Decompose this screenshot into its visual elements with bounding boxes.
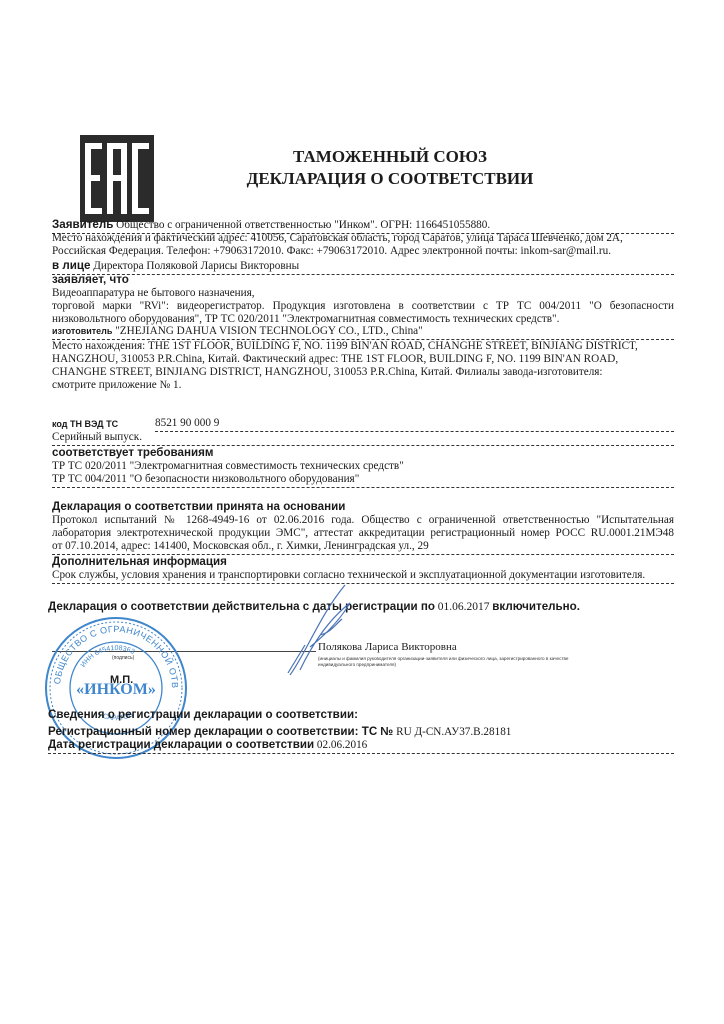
- represented-by: Директора Поляковой Ларисы Викторовны: [93, 260, 299, 272]
- represented-row: в лице Директора Поляковой Ларисы Виктор…: [52, 259, 674, 275]
- manufacturer-name: "ZHEJIANG DAHUA VISION TECHNOLOGY CO., L…: [115, 325, 422, 337]
- represented-label: в лице: [52, 259, 90, 272]
- registration-date-label: Дата регистрации декларации о соответств…: [48, 738, 314, 751]
- applicant-label: Заявитель: [52, 218, 113, 231]
- registration-number-label: Регистрационный номер декларации о соотв…: [48, 725, 393, 738]
- complies-label: соответствует требованиям: [52, 446, 213, 460]
- basis-line-3: от 07.10.2014, адрес: 141400, Московская…: [52, 540, 674, 555]
- declares-label: заявляет, что: [52, 273, 129, 287]
- document-title: ТАМОЖЕННЫЙ СОЮЗ ДЕКЛАРАЦИЯ О СООТВЕТСТВИ…: [160, 146, 620, 190]
- svg-text:ИНН 6454108363: ИНН 6454108363: [80, 645, 136, 669]
- validity-date: 01.06.2017: [438, 601, 490, 613]
- code-label: код ТН ВЭД ТС: [52, 418, 118, 432]
- basis-line-2: лаборатория электротехнической продукции…: [52, 527, 674, 541]
- manufacturer-address-4: смотрите приложение № 1.: [52, 379, 181, 393]
- manufacturer-address-1: Место нахождения: THE 1ST FLOOR, BUILDIN…: [52, 340, 638, 354]
- code-value: 8521 90 000 9: [155, 417, 674, 432]
- complies-item-1: ТР ТС 020/2011 "Электромагнитная совмест…: [52, 460, 404, 474]
- declares-line-2: торговой марки "RVi": видеорегистратор. …: [52, 300, 674, 314]
- applicant-name: Общество с ограниченной ответственностью…: [116, 219, 490, 231]
- registration-heading: Сведения о регистрации декларации о соот…: [48, 708, 358, 722]
- manufacturer-label: изготовитель: [52, 326, 112, 336]
- manufacturer-address-2: HANGZHOU, 310053 P.R.China, Китай. Факти…: [52, 353, 618, 367]
- basis-label: Декларация о соответствии принята на осн…: [52, 500, 345, 514]
- manufacturer-row: изготовитель "ZHEJIANG DAHUA VISION TECH…: [52, 325, 674, 340]
- title-line-1: ТАМОЖЕННЫЙ СОЮЗ: [160, 146, 620, 168]
- registration-date-row: Дата регистрации декларации о соответств…: [48, 738, 674, 754]
- manufacturer-address-3: CHANGHE STREET, BINJIANG DISTRICT, HANGZ…: [52, 366, 603, 380]
- svg-text:«ИНКОМ»: «ИНКОМ»: [76, 681, 156, 698]
- code-label-text: код ТН ВЭД ТС: [52, 419, 118, 429]
- registration-number: RU Д-CN.АУ37.В.28181: [396, 726, 511, 738]
- applicant-address-1: Место нахождения и фактический адрес: 41…: [52, 232, 623, 246]
- declares-line-1: Видеоаппаратура не бытового назначения,: [52, 287, 255, 301]
- complies-item-2: ТР ТС 004/2011 "О безопасности низковоль…: [52, 473, 674, 488]
- eac-logo-icon: [80, 135, 154, 222]
- additional-label: Дополнительная информация: [52, 555, 227, 569]
- release-type: Серийный выпуск.: [52, 431, 674, 446]
- handwritten-signature-icon: [250, 575, 370, 685]
- registration-date: 02.06.2016: [317, 739, 367, 751]
- validity-suffix: включительно.: [492, 600, 580, 613]
- applicant-address-2: Российская Федерация. Телефон: +79063172…: [52, 245, 611, 259]
- basis-line-1: Протокол испытаний № 1268-4949-16 от 02.…: [52, 514, 674, 528]
- title-line-2: ДЕКЛАРАЦИЯ О СООТВЕТСТВИИ: [160, 168, 620, 190]
